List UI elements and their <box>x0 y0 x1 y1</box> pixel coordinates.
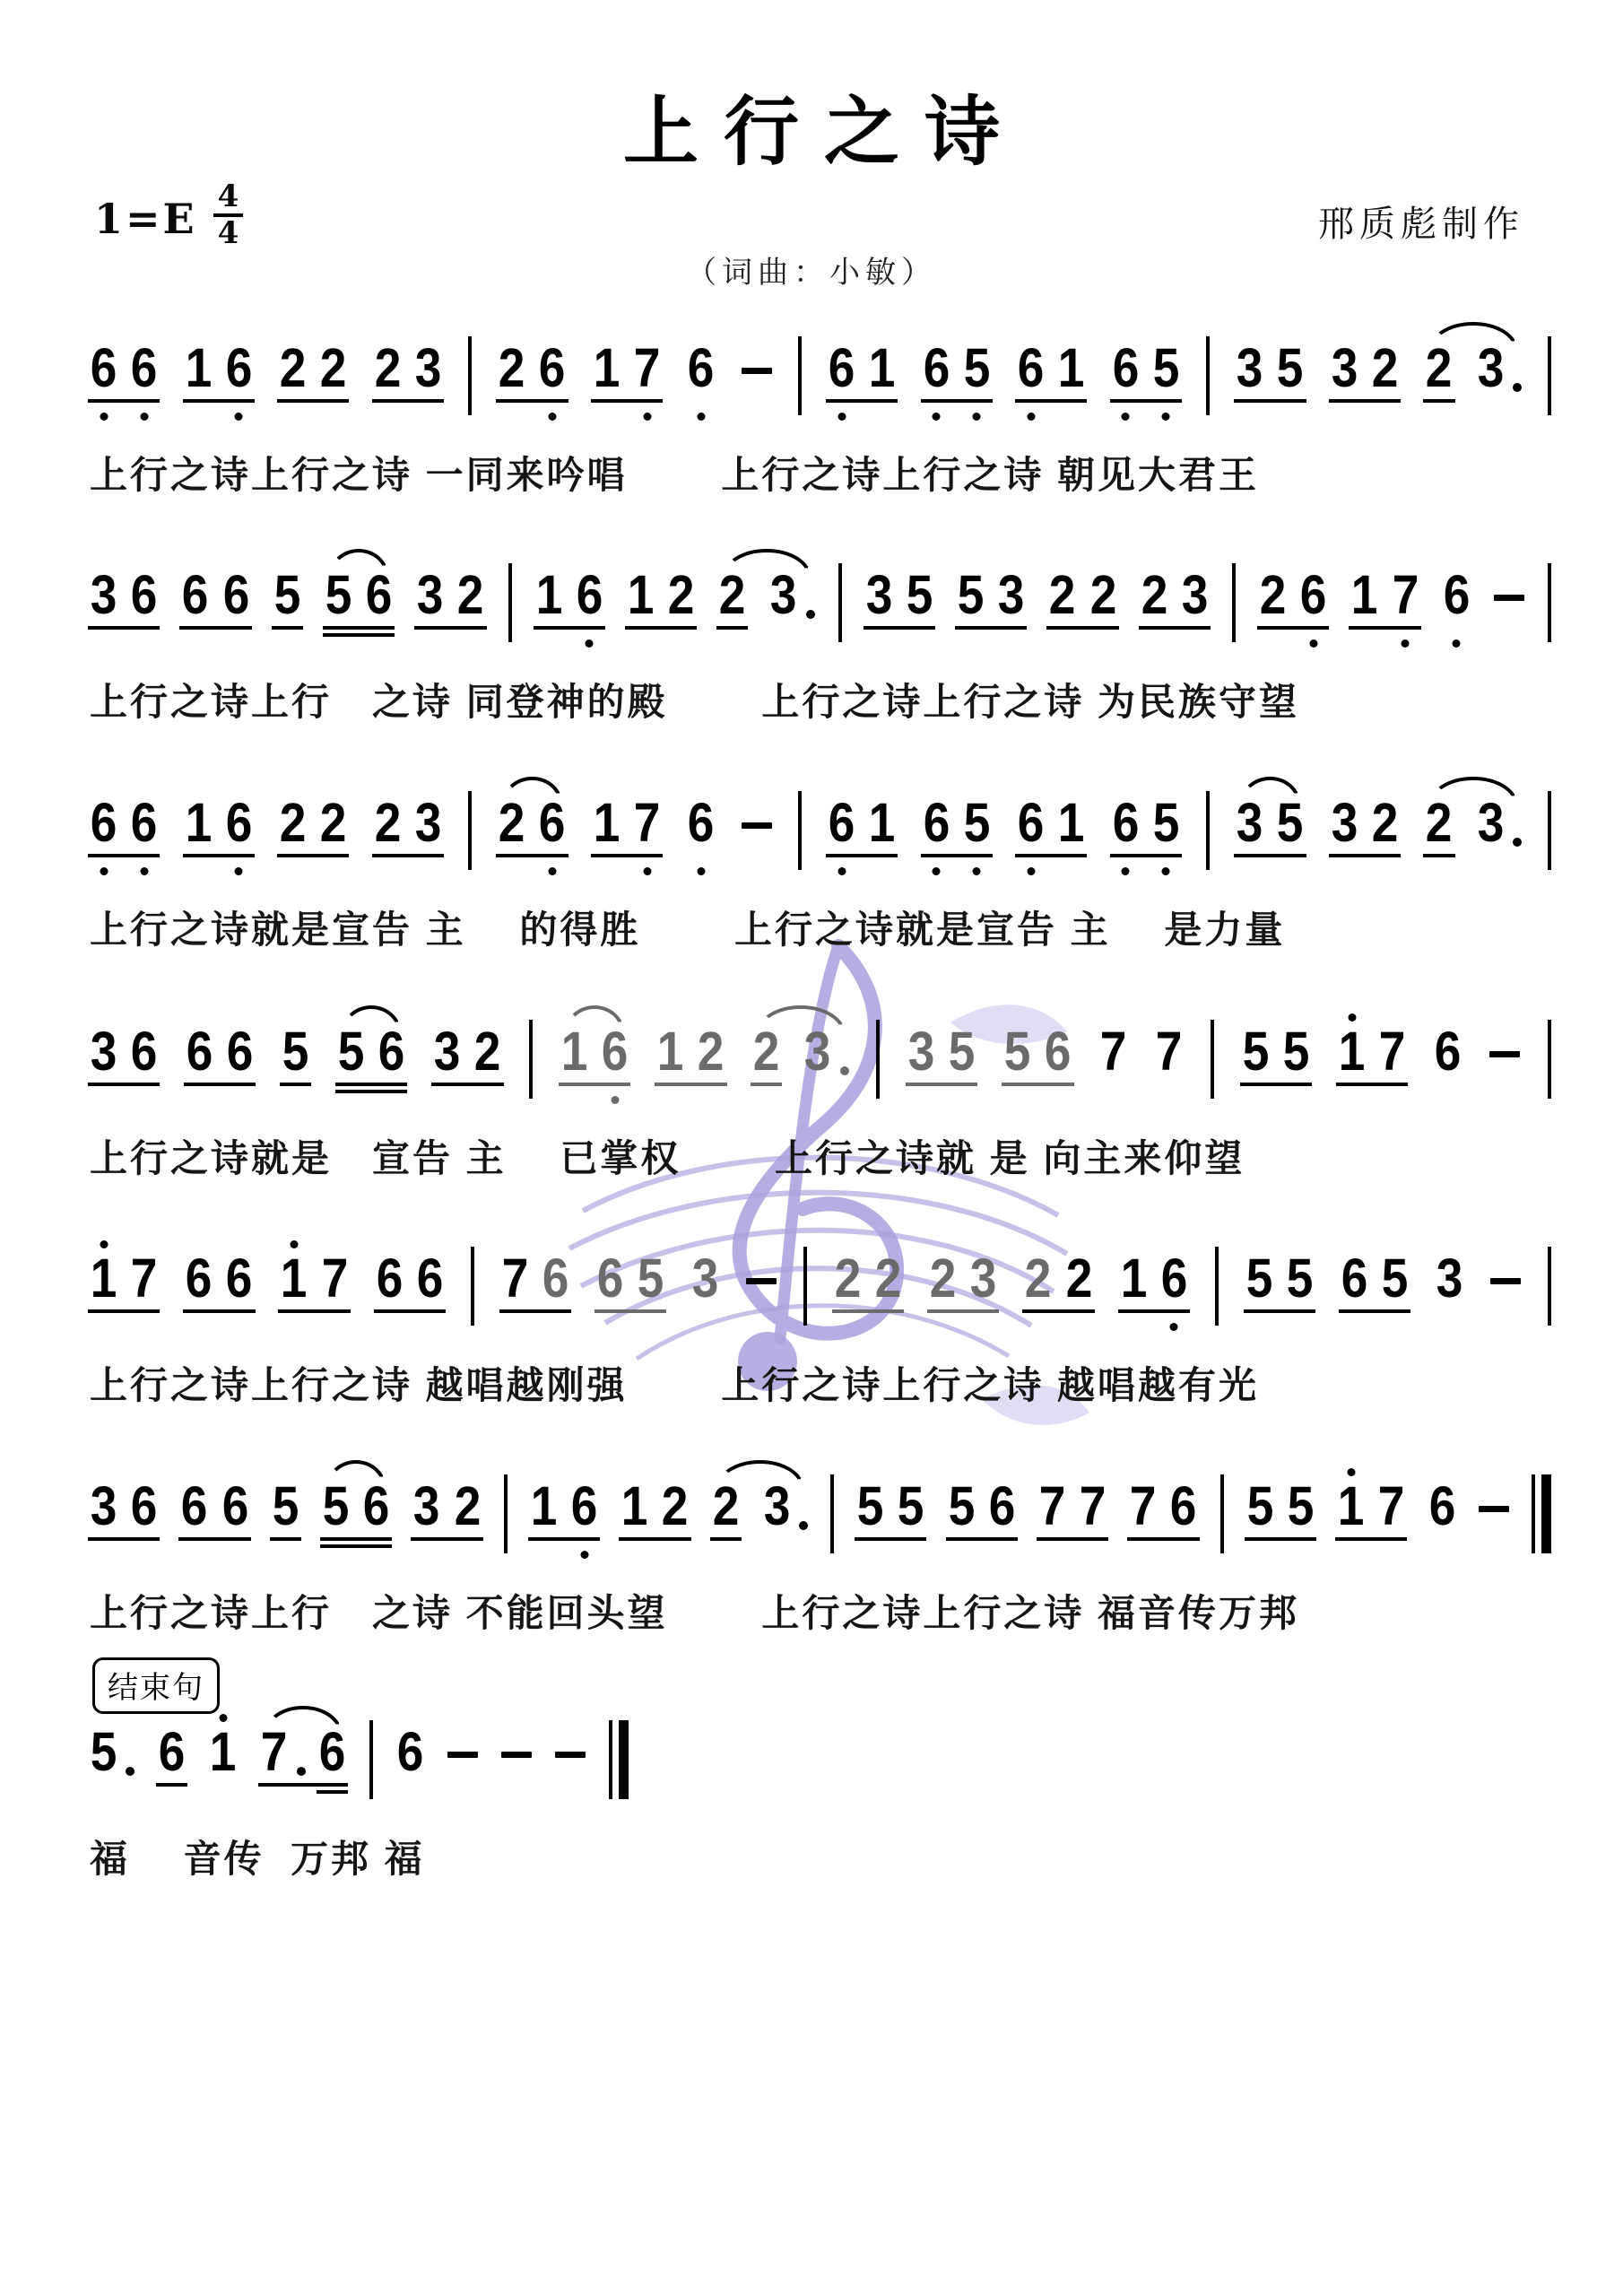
note-digit: 5 <box>907 567 933 622</box>
note: 3 <box>433 1029 461 1079</box>
note-digit: 2 <box>1089 567 1116 622</box>
note-digit: 6 <box>91 795 117 850</box>
beam-line <box>156 1783 187 1787</box>
note-group: 16 <box>530 1483 598 1544</box>
note-digit: 6 <box>363 1478 390 1534</box>
note-digit: 6 <box>131 795 158 850</box>
note-digit: 6 <box>222 567 249 622</box>
note-group: 22 <box>1048 572 1116 633</box>
note: 3 <box>414 345 442 396</box>
note-group: 55 <box>856 1483 924 1544</box>
note-digit: 6 <box>988 1478 1015 1534</box>
note-group: 65 <box>1112 345 1180 406</box>
octave-dot-low <box>586 639 594 648</box>
note: 2 <box>279 800 307 850</box>
note: 2 <box>1371 800 1399 850</box>
note: 6 <box>181 572 209 622</box>
slur-arc: 16 <box>560 1029 629 1090</box>
note-group: 3 <box>1477 800 1522 861</box>
note-digit: 5 <box>1153 340 1180 396</box>
note: 6 <box>180 1483 208 1534</box>
note: 2 <box>279 345 307 396</box>
note-group: 53 <box>957 572 1025 633</box>
duration-dash <box>447 1752 478 1758</box>
note-digit: 3 <box>1477 795 1504 850</box>
note: 1 <box>90 1256 117 1306</box>
note-group: 66 <box>181 572 249 633</box>
note: 7 <box>1377 1483 1405 1534</box>
note: 6 <box>923 345 950 396</box>
note-digit: 6 <box>1170 1478 1197 1534</box>
lyrics-row-1: 上行之诗上行之诗 一同来吟唱 上行之诗上行之诗 朝见大君王 <box>90 446 1551 500</box>
note: 5 <box>273 572 301 622</box>
note: 6 <box>221 1483 249 1534</box>
note-group: 66 <box>90 345 158 406</box>
note: 3 <box>90 572 117 622</box>
note-group: 2 <box>1425 800 1453 861</box>
note: 6 <box>225 800 253 850</box>
note-digit: 6 <box>376 1250 403 1306</box>
note-group: 6 <box>1428 1483 1456 1544</box>
note-digit: 2 <box>454 1478 481 1534</box>
note-digit: 7 <box>1392 567 1419 622</box>
beam-line <box>496 854 568 857</box>
note-digit: 5 <box>857 1478 884 1534</box>
note: 6 <box>1044 1029 1072 1079</box>
barline <box>508 563 512 642</box>
note-digit: 6 <box>131 1023 158 1079</box>
barline <box>830 1474 834 1553</box>
note-group: 56 <box>948 1483 1016 1544</box>
note-digit: 1 <box>535 567 562 622</box>
note-group: 56 <box>322 1483 390 1544</box>
note-digit: 5 <box>964 340 991 396</box>
note-digit: 5 <box>1277 795 1304 850</box>
note-digit: 6 <box>1341 1250 1368 1306</box>
slur-arc: 56 <box>337 1029 405 1090</box>
note-digit: 5 <box>638 1250 664 1306</box>
note-group: 56 <box>325 572 393 633</box>
note-digit: 5 <box>323 1478 350 1534</box>
music-line-5: 17661766766532223221655653 上行之诗上行之诗 越唱越刚… <box>90 1256 1551 1410</box>
octave-dot-low <box>643 413 651 421</box>
beam-line <box>1423 399 1454 403</box>
note: 6 <box>1434 1029 1462 1079</box>
note: 7 <box>1392 572 1419 622</box>
barline <box>1206 791 1210 870</box>
note: 5 <box>1246 1483 1274 1534</box>
note: 1 <box>621 1483 648 1534</box>
note-group: 55 <box>1245 1256 1314 1317</box>
note-group: 26 <box>1259 572 1327 633</box>
note-digit: 2 <box>280 795 307 850</box>
beam-line <box>277 399 349 403</box>
note-digit: 6 <box>221 1478 248 1534</box>
beam-line <box>323 633 395 637</box>
note: 6 <box>186 1029 213 1079</box>
note-digit: 2 <box>499 795 525 850</box>
note-group: 6 <box>687 345 715 406</box>
beam-line <box>1002 1083 1073 1086</box>
note-digit: 6 <box>182 567 209 622</box>
note: 1 <box>535 572 563 622</box>
octave-dot-low <box>973 867 981 875</box>
beam-line <box>1257 626 1329 630</box>
note-digit: 2 <box>1065 1250 1092 1306</box>
octave-dot-low <box>1402 639 1410 648</box>
note-group: 32 <box>1331 800 1399 861</box>
lyrics-row-3: 上行之诗就是宣告 主 的得胜 上行之诗就是宣告 主 是力量 <box>90 900 1551 954</box>
note: 7 <box>1079 1483 1107 1534</box>
octave-dot-low <box>838 867 846 875</box>
augmentation-dot <box>126 1767 135 1776</box>
note-group: 23 <box>374 345 442 406</box>
note: 5 <box>897 1483 924 1534</box>
octave-dot-low <box>838 413 846 421</box>
augmentation-dot <box>806 610 815 619</box>
note-digit: 3 <box>970 1250 997 1306</box>
beam-line <box>179 626 251 630</box>
note-group: 2 <box>1425 345 1453 406</box>
beam-line <box>716 626 748 630</box>
note: 5 <box>1245 1256 1273 1306</box>
note-digit: 5 <box>948 1478 975 1534</box>
note-digit: 3 <box>1436 1250 1463 1306</box>
note-digit: 2 <box>374 795 401 850</box>
note: 6 <box>1112 800 1140 850</box>
note-digit: 2 <box>698 1023 725 1079</box>
beam-line <box>1110 399 1182 403</box>
beam-line <box>278 1309 350 1313</box>
note-group: 65 <box>596 1256 664 1317</box>
note: 2 <box>1048 572 1076 622</box>
note: 5 <box>856 1483 884 1534</box>
note-digit: 6 <box>225 795 252 850</box>
note-group: 76 <box>1129 1483 1197 1544</box>
note: 3 <box>865 572 893 622</box>
music-line-4: 36665563216122335567755176 上行之诗就是 宣告 主 已… <box>90 1029 1551 1183</box>
note-group: 35 <box>865 572 933 633</box>
octave-dot-low <box>1122 413 1130 421</box>
note: 1 <box>560 1029 588 1079</box>
note-group: 12 <box>627 572 695 633</box>
note-group: 76 <box>501 1256 569 1317</box>
beam-line <box>320 1544 392 1548</box>
note: 1 <box>1337 1483 1365 1534</box>
note: 2 <box>752 1029 780 1079</box>
note-digit: 6 <box>688 340 715 396</box>
note-digit: 2 <box>474 1023 501 1079</box>
duration-dash <box>1490 1278 1521 1284</box>
note-group: 55 <box>1246 1483 1315 1544</box>
note-group: 17 <box>1338 1029 1406 1090</box>
notation-row-1: 661622232617661656165353223 <box>90 345 1551 415</box>
beam-line <box>1234 854 1306 857</box>
note: 1 <box>1057 800 1085 850</box>
note: 6 <box>225 345 253 396</box>
note: 6 <box>130 572 158 622</box>
beam-line <box>528 1537 600 1541</box>
sheet-music-page: 上行之诗 1=E 4 4 邢质彪制作 （词曲：小敏） 6616222326176… <box>0 0 1623 2296</box>
note: 5 <box>948 1483 976 1534</box>
notation-row-5: 17661766766532223221655653 <box>90 1256 1551 1326</box>
note-digit: 6 <box>1435 1023 1462 1079</box>
note-digit: 5 <box>1247 1478 1274 1534</box>
note-group: 56 <box>1003 1029 1072 1090</box>
note-group: 22 <box>279 345 347 406</box>
note-digit: 6 <box>131 567 158 622</box>
note: 6 <box>542 1256 569 1306</box>
note-group: 65 <box>923 345 991 406</box>
note-group: 16 <box>1120 1256 1188 1317</box>
octave-dot-low <box>697 413 705 421</box>
note-group: 16 <box>535 572 603 633</box>
note-digit: 1 <box>628 567 655 622</box>
note-group: 77 <box>1038 1483 1107 1544</box>
note-digit: 2 <box>1372 340 1399 396</box>
note: 7 <box>1378 1029 1406 1079</box>
barline <box>1548 563 1551 642</box>
barline <box>369 1720 373 1799</box>
note-digit: 6 <box>318 1724 345 1779</box>
octave-dot-low <box>1170 1323 1178 1331</box>
note-group: 76 <box>260 1729 345 1790</box>
note: 5 <box>1242 1029 1270 1079</box>
note: 6 <box>570 1483 598 1534</box>
barline <box>1206 336 1210 415</box>
note: 6 <box>1341 1256 1368 1306</box>
octave-dot-low <box>580 1551 588 1559</box>
note-digit: 6 <box>1045 1023 1072 1079</box>
slur-arc: 35 <box>1236 800 1304 861</box>
note-digit: 1 <box>281 1250 308 1306</box>
note: 5 <box>1003 1029 1031 1079</box>
note-digit: 6 <box>577 567 603 622</box>
beam-line <box>619 1537 690 1541</box>
note-group: 12 <box>621 1483 689 1544</box>
note: 5 <box>948 1029 976 1079</box>
note: 6 <box>225 1256 253 1306</box>
barline <box>1548 1020 1551 1099</box>
beam-line <box>1423 854 1454 857</box>
note-digit: 6 <box>923 795 950 850</box>
note-digit: 5 <box>338 1023 365 1079</box>
note-digit: 7 <box>1130 1478 1157 1534</box>
note-digit: 5 <box>1382 1250 1409 1306</box>
note: 1 <box>530 1483 558 1534</box>
note-digit: 2 <box>457 567 484 622</box>
note-digit: 6 <box>397 1724 424 1779</box>
note-group: 61 <box>828 345 896 406</box>
note: 6 <box>158 1729 186 1779</box>
barline <box>838 563 842 642</box>
note-digit: 3 <box>414 795 441 850</box>
note-group: 22 <box>834 1256 902 1317</box>
note: 2 <box>712 1483 740 1534</box>
note: 5 <box>637 1256 664 1306</box>
note: 7 <box>260 1729 305 1779</box>
note-group: 5 <box>282 1029 309 1090</box>
note-group: 61 <box>1017 345 1085 406</box>
note: 5 <box>1381 1256 1409 1306</box>
augmentation-dot <box>297 1767 306 1776</box>
note-group: 3 <box>769 572 814 633</box>
note-digit: 2 <box>1426 795 1453 850</box>
octave-dot-low <box>235 413 243 421</box>
note-group: 26 <box>498 800 566 861</box>
beam-line <box>1037 1537 1108 1541</box>
note-digit: 1 <box>1058 795 1085 850</box>
note: 3 <box>414 800 442 850</box>
note: 5 <box>1152 345 1180 396</box>
note: 3 <box>969 1256 997 1306</box>
beam-line <box>1240 1083 1312 1086</box>
note-digit: 3 <box>764 1478 791 1534</box>
note-digit: 5 <box>273 1478 299 1534</box>
beam-line <box>431 1083 503 1086</box>
note: 3 <box>1236 345 1263 396</box>
music-line-6: 3666556321612235556777655176 上行之诗上行 之诗 不… <box>90 1483 1551 1638</box>
note: 2 <box>834 1256 862 1306</box>
note-digit: 3 <box>1332 340 1358 396</box>
duration-dash <box>742 368 772 374</box>
note-group: 16 <box>185 345 253 406</box>
note-group: 6 <box>687 800 715 861</box>
note-digit: 2 <box>320 795 347 850</box>
note-group: 66 <box>90 800 158 861</box>
beam-line <box>1336 1083 1408 1086</box>
page-title: 上行之诗 <box>0 72 1623 180</box>
note-digit: 5 <box>964 795 991 850</box>
octave-dot-low <box>140 413 148 421</box>
note: 6 <box>362 1483 390 1534</box>
note-digit: 6 <box>366 567 393 622</box>
time-signature: 4 4 <box>213 180 244 249</box>
duration-dash <box>742 822 772 829</box>
beam-line <box>591 399 663 403</box>
note-digit: 5 <box>1243 1023 1270 1079</box>
octave-dot-low <box>1122 867 1130 875</box>
beam-line <box>1022 1309 1094 1313</box>
barline <box>468 791 472 870</box>
note: 6 <box>687 800 715 850</box>
barline <box>529 1020 533 1099</box>
note-digit: 5 <box>1283 1023 1310 1079</box>
sixteenth-beam-line <box>317 1790 348 1794</box>
note-digit: 3 <box>1237 795 1263 850</box>
note-group: 5 <box>90 1729 135 1790</box>
note: 6 <box>416 1256 444 1306</box>
beam-line <box>1139 626 1211 630</box>
note: 6 <box>923 800 950 850</box>
note-digit: 1 <box>1120 1250 1147 1306</box>
note-digit: 6 <box>181 1478 208 1534</box>
note-digit: 5 <box>325 567 352 622</box>
note: 6 <box>538 800 566 850</box>
note-digit: 6 <box>1112 340 1139 396</box>
duration-dash <box>1489 1051 1520 1057</box>
note-digit: 3 <box>1237 340 1263 396</box>
note-digit: 6 <box>131 1478 158 1534</box>
final-barline <box>1532 1474 1551 1553</box>
note-digit: 2 <box>1025 1250 1052 1306</box>
note-digit: 5 <box>273 567 300 622</box>
note-digit: 1 <box>594 340 621 396</box>
note: 5 <box>1286 1256 1314 1306</box>
note: 2 <box>319 800 347 850</box>
note: 7 <box>633 345 661 396</box>
beam-line <box>946 1537 1018 1541</box>
barline <box>876 1020 880 1099</box>
beam-line <box>927 1309 999 1313</box>
note-group: 65 <box>1112 800 1180 861</box>
note-digit: 1 <box>1351 567 1378 622</box>
beam-line <box>372 854 444 857</box>
note-group: 32 <box>1331 345 1399 406</box>
note-digit: 7 <box>1378 1478 1405 1534</box>
note-group: 22 <box>279 800 347 861</box>
note: 7 <box>130 1256 158 1306</box>
octave-dot-low <box>1162 867 1170 875</box>
beam-line <box>751 1083 782 1086</box>
note-digit: 3 <box>1332 795 1358 850</box>
note: 6 <box>1160 1256 1188 1306</box>
note-digit: 6 <box>539 340 566 396</box>
note-digit: 2 <box>1372 795 1399 850</box>
barline <box>1548 1247 1551 1326</box>
note-digit: 6 <box>539 795 566 850</box>
note-digit: 3 <box>91 1023 117 1079</box>
note-group: 17 <box>593 800 661 861</box>
beam-line <box>1245 1537 1316 1541</box>
octave-dot-low <box>933 867 941 875</box>
note-digit: 2 <box>1049 567 1076 622</box>
note-digit: 2 <box>1426 340 1453 396</box>
beam-line <box>855 1537 926 1541</box>
beam-line <box>1015 854 1087 857</box>
note-digit: 1 <box>1339 1023 1366 1079</box>
beam-line <box>183 1309 255 1313</box>
note-digit: 1 <box>210 1724 237 1779</box>
note-digit: 6 <box>1444 567 1471 622</box>
beam-line <box>921 399 993 403</box>
note-digit: 6 <box>1428 1478 1455 1534</box>
note: 6 <box>222 572 250 622</box>
note-digit: 6 <box>1018 795 1045 850</box>
note-group: 61 <box>1017 800 1085 861</box>
octave-dot-low <box>1027 867 1035 875</box>
note: 5 <box>322 1483 350 1534</box>
note-digit: 1 <box>594 795 621 850</box>
note-digit: 3 <box>692 1250 719 1306</box>
note-group: 2 <box>712 1483 740 1544</box>
beam-line <box>1329 854 1401 857</box>
note: 6 <box>1443 572 1471 622</box>
note: 1 <box>280 1256 308 1306</box>
note: 6 <box>596 1256 624 1306</box>
beam-line <box>1015 399 1087 403</box>
note: 2 <box>319 345 347 396</box>
barline <box>471 1247 474 1326</box>
note: 7 <box>1038 1483 1066 1534</box>
duration-dash <box>555 1752 586 1758</box>
music-line-2: 3666556321612233553222326176 上行之诗上行 之诗 同… <box>90 572 1551 726</box>
note-digit: 3 <box>1182 567 1209 622</box>
note-digit: 2 <box>719 567 746 622</box>
note-digit: 7 <box>1080 1478 1107 1534</box>
note-digit: 6 <box>187 1023 213 1079</box>
duration-dash <box>1494 595 1524 601</box>
